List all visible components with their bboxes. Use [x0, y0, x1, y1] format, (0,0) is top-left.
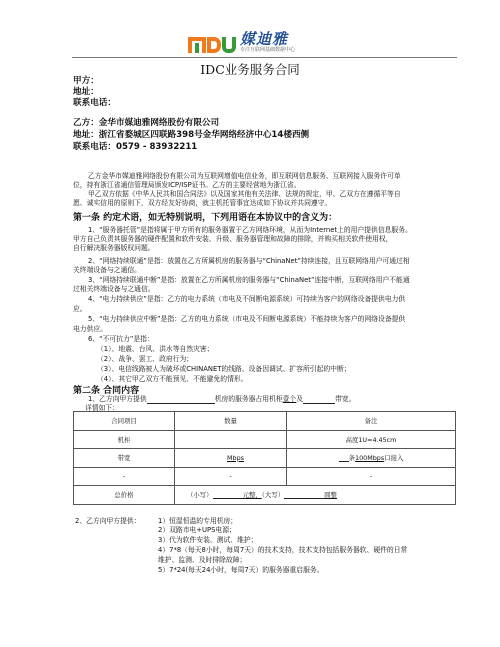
article-1-line: 甲方自己负责其服务器的硬件配置和软件安装、升级、服务器管理和故障的排除，并购买相…: [73, 235, 392, 244]
party-b-address: 地址：浙江省婺城区四联路398号金华网络经济中心14楼西侧: [73, 130, 309, 141]
table-header: 数量: [175, 412, 287, 431]
article-1-line: 3、“网络持续联通中断”是指：放置在乙方所属机房的服务器与“ChinaNet”连…: [88, 276, 410, 285]
cell-qty[interactable]: [175, 430, 287, 449]
article-1-line: 自行解决服务器版权问题。: [73, 244, 155, 253]
provision-item: 维护、监测、及时排除故障；: [158, 556, 246, 565]
logo-mark-icon: [188, 33, 236, 53]
article-1-line: （2）、战争、罢工、政府行为；: [97, 355, 193, 364]
article-2-item-1: 1、乙方向甲方提供机房的服务器占用机柜壹个及带宽。: [88, 395, 355, 404]
upper-case-unit: 圆整: [324, 491, 337, 499]
datacenter-blank[interactable]: [147, 395, 215, 404]
article-1-line: 6、“不可抗力”是指：: [88, 335, 154, 344]
logo-name: 媒迪雅: [240, 32, 295, 47]
article-1-line: 1、“服务器托管”是指将属于甲方所有的服务器置于乙方网络环境，从而为Intern…: [88, 226, 412, 235]
note-suffix: 口接入: [384, 454, 403, 462]
cabinet-count: 壹个: [283, 395, 297, 403]
cell-note: 高度1U=4.45cm: [287, 430, 456, 449]
article-1-heading: 第一条 约定术语，如无特别说明，下列用语在本协议中的含义为：: [73, 210, 337, 223]
article-1-line: 4、“电力持续供应”是指：乙方的电力系统（市电及不间断电源系统）可持续为客户的网…: [88, 295, 405, 304]
article-1-line: （1）、地震、台风、洪水等自然灾害；: [97, 345, 213, 354]
article-1-line: 2、“网络持续联通”是指：放置在乙方所属机房的服务器与“ChinaNet”持续连…: [88, 257, 410, 266]
logo-tagline: 专注互联网基础数据中心: [240, 48, 295, 53]
intro-line: 乙方金华市媒迪雅网络股份有限公司为互联网增值电信业务，即互联网信息服务、互联网接…: [88, 172, 401, 181]
party-a-address-label: 地址：: [73, 87, 99, 98]
table-header: 备注: [287, 412, 456, 431]
article-1-line: 关终端设备与之通信。: [73, 266, 141, 275]
article-1-line: 5、“电力持续供应中断”是指：乙方的电力系统（市电及不间断电源系统）不能持续为客…: [88, 315, 405, 324]
lower-case-unit: 元整，: [243, 491, 262, 499]
party-b-phone: 联系电话：0579 - 83932211: [73, 142, 197, 153]
company-logo: 媒迪雅 专注互联网基础数据中心: [188, 27, 295, 53]
note-speed: 100Mbps: [355, 454, 384, 462]
table-row: - - -: [74, 467, 456, 486]
cell-qty: -: [175, 467, 287, 486]
item-1-mid: 机房的服务器占用机柜: [215, 395, 283, 403]
article-2-item-2-label: 2、乙方向甲方提供：: [75, 517, 141, 526]
cell-item: 机柜: [74, 430, 175, 449]
lower-case-label: （小写）: [187, 491, 213, 499]
header-divider: [72, 57, 457, 58]
item-1-suffix: 带宽。: [335, 395, 355, 403]
table-row: 机柜 高度1U=4.45cm: [74, 430, 456, 449]
table-header: 合同项目: [74, 412, 175, 431]
total-price-cell: （小写）元整，（大写）圆整: [175, 486, 456, 505]
article-1-line: 过相关终端设备与之通信。: [73, 285, 155, 294]
provision-item: 5）7*24(每天24小时，每周7天）的服务器重启服务。: [158, 566, 323, 575]
intro-line: 甲乙双方依据《中华人民共和国合同法》以及国家其他有关法律、法规的规定，甲、乙双方…: [88, 190, 401, 199]
total-label: 总价格: [74, 486, 175, 505]
provision-item: 1）恒湿恒温的专用机房；: [158, 517, 237, 526]
party-a-name-label: 甲方：: [73, 76, 99, 87]
article-1-line: 电力供应。: [73, 325, 107, 334]
provision-item: 2）双路市电+UPS电源；: [158, 526, 236, 535]
line-count-blank[interactable]: [339, 453, 349, 462]
table-header-row: 合同项目 数量 备注: [74, 412, 456, 431]
cell-note: 条100Mbps口接入: [287, 449, 456, 468]
article-1-line: 应。: [73, 305, 87, 314]
provision-item: 3）代为软件安装、测试、维护；: [158, 536, 257, 545]
cell-item: -: [74, 467, 175, 486]
table-total-row: 总价格 （小写）元整，（大写）圆整: [74, 486, 456, 505]
item-1-and: 及: [296, 395, 303, 403]
cell-item: 带宽: [74, 449, 175, 468]
party-a-phone-label: 联系电话：: [73, 98, 116, 109]
upper-case-amount[interactable]: [284, 490, 324, 499]
service-spec-table: 合同项目 数量 备注 机柜 高度1U=4.45cm 带宽 Mbps 条100Mb…: [73, 411, 456, 505]
lower-case-amount[interactable]: [213, 490, 243, 499]
cell-qty[interactable]: Mbps: [175, 449, 287, 468]
article-1-line: （3）、电信线路被人为破坏或CHINANET的线路、设备因调试、扩容所引起的中断…: [97, 365, 351, 374]
cell-note: -: [287, 467, 456, 486]
upper-case-label: （大写）: [262, 491, 284, 499]
bandwidth-unit: Mbps: [217, 454, 244, 462]
intro-line: 愿、诚实信用的原则下，双方经友好协商，就主机托管事宜达成如下协议并共同遵守。: [73, 199, 331, 208]
table-row: 带宽 Mbps 条100Mbps口接入: [74, 449, 456, 468]
party-b-name: 乙方：金华市媒迪雅网络股份有限公司: [73, 118, 219, 129]
intro-line: 位，持有浙江省通信管理局颁发ICP/ISP证书。乙方的主要经营地为浙江省。: [73, 181, 300, 190]
bandwidth-blank[interactable]: [303, 395, 335, 404]
item-1-prefix: 1、乙方向甲方提供: [88, 395, 147, 403]
provision-item: 4）7*8（每天8小时，每周7天）的技术支持，技术支持包括服务器软、硬件的日常: [158, 546, 407, 555]
